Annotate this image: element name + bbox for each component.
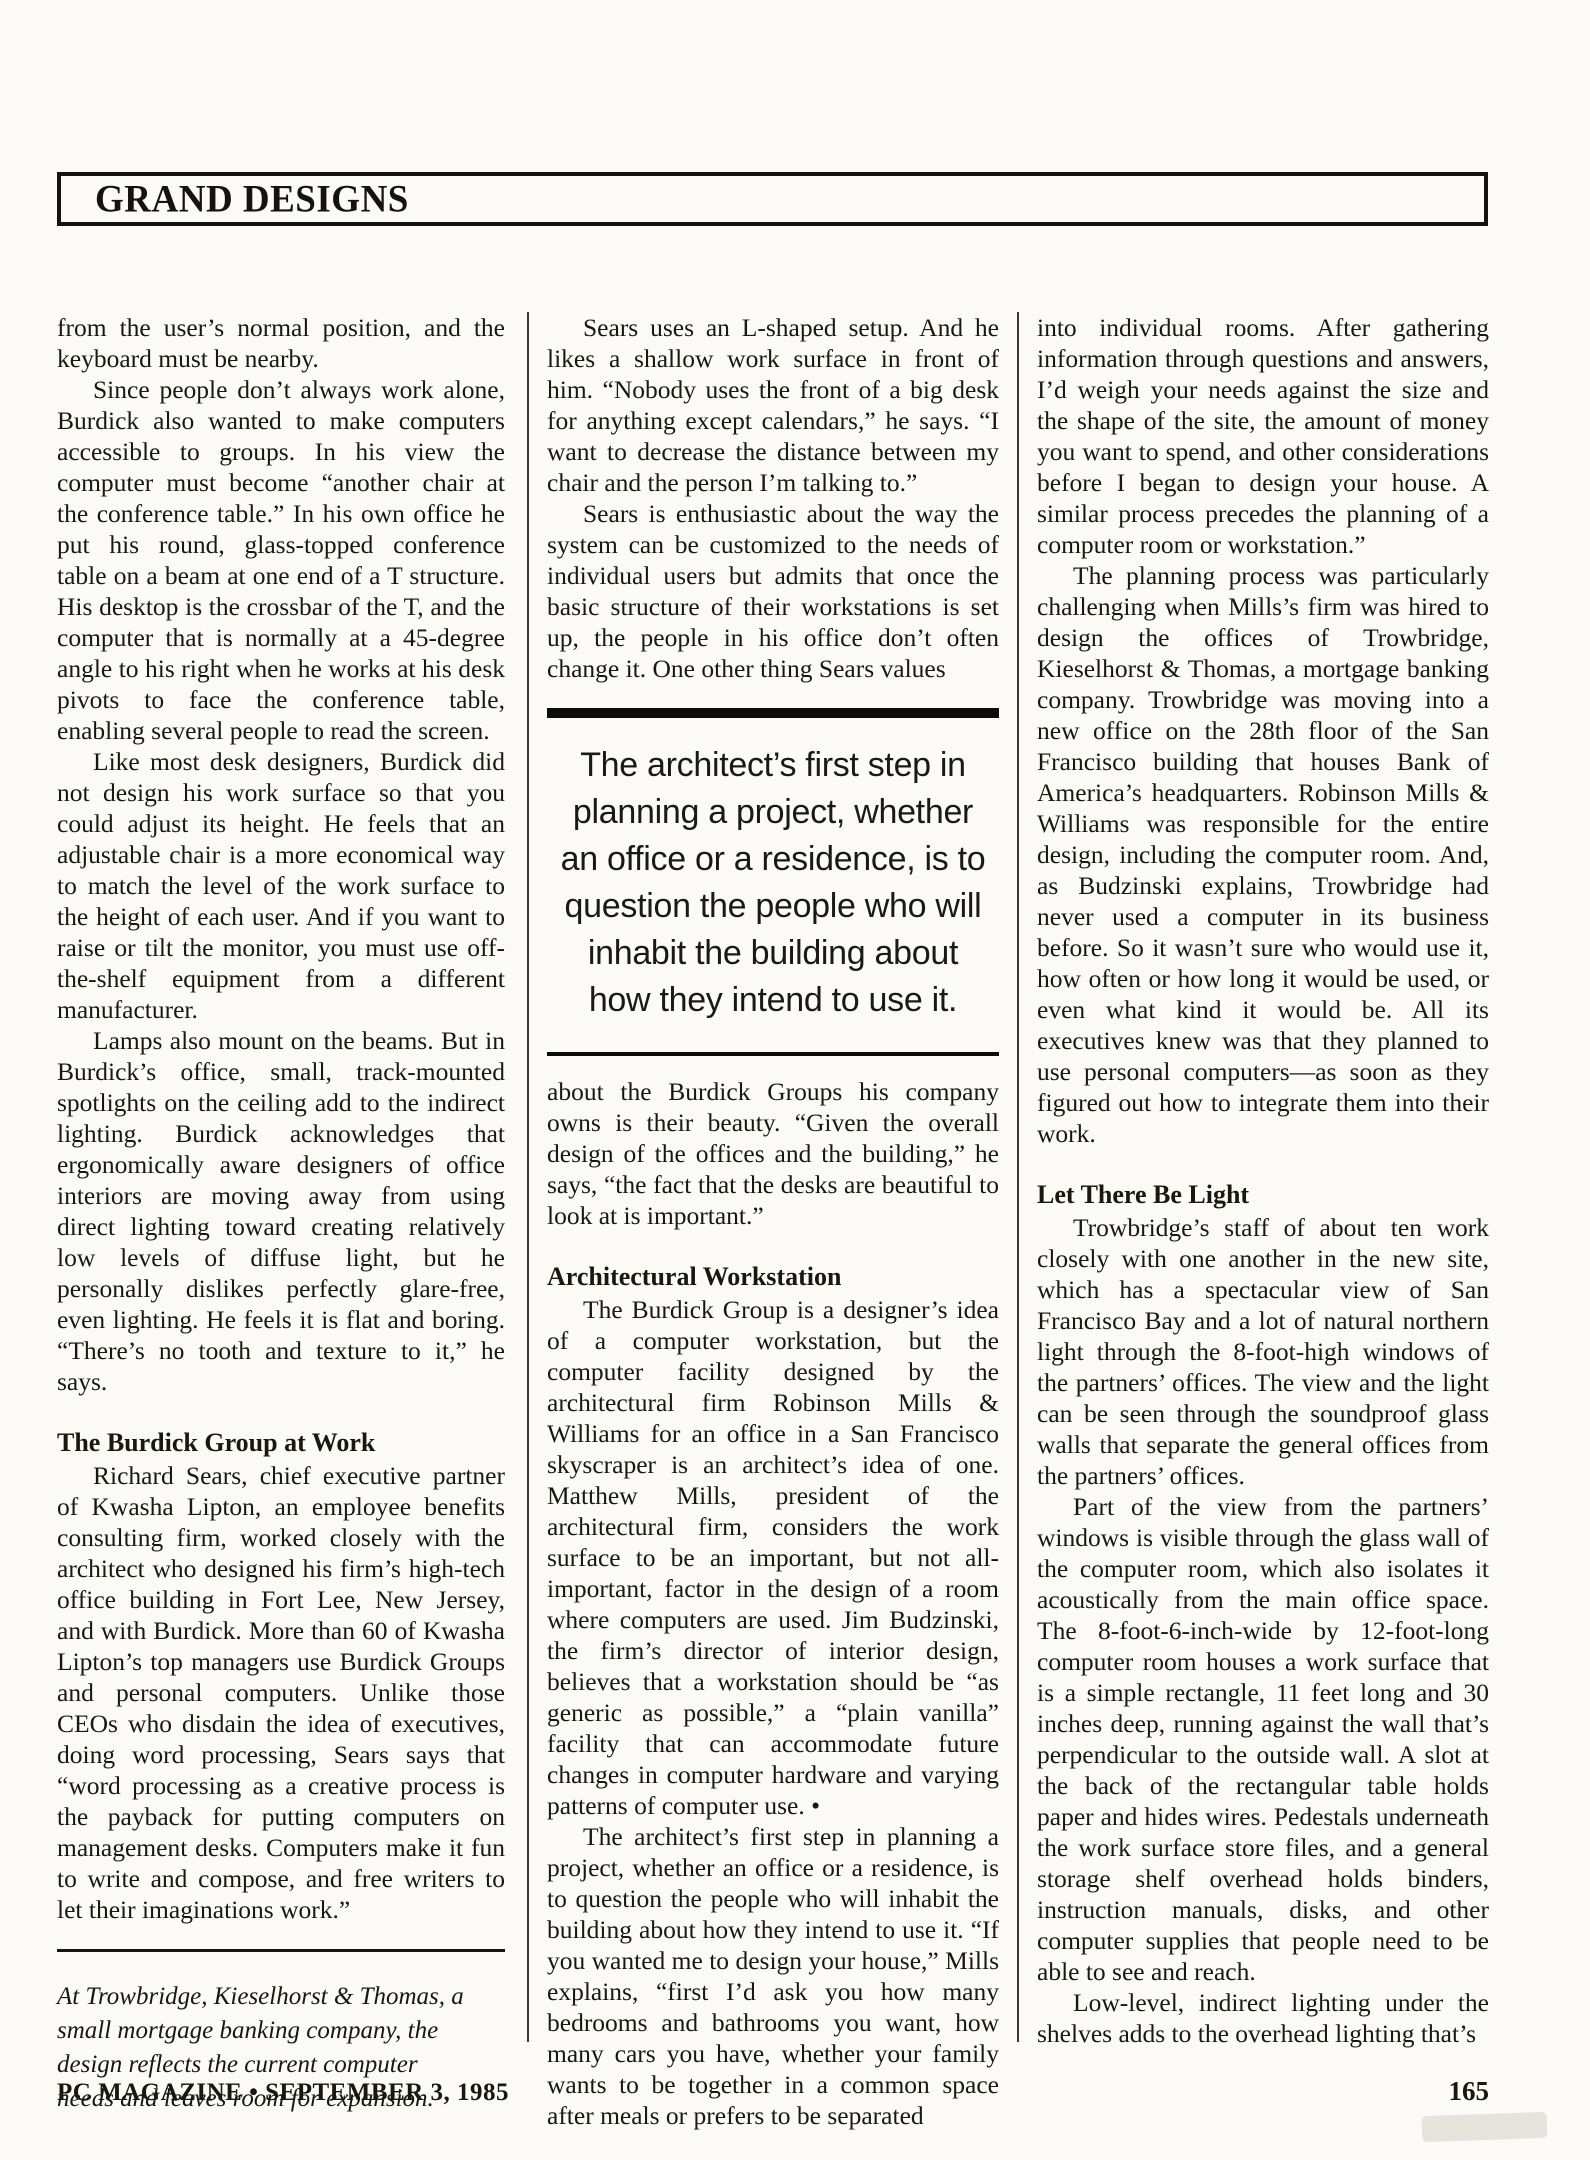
section-title: GRAND DESIGNS xyxy=(61,176,409,222)
column-divider xyxy=(1017,312,1019,2042)
pull-quote: The architect’s first step in planning a… xyxy=(547,708,999,1056)
paragraph: Lamps also mount on the beams. But in Bu… xyxy=(57,1025,505,1397)
paragraph: from the user’s normal position, and the… xyxy=(57,312,505,374)
page-number: 165 xyxy=(1449,2076,1490,2107)
paragraph: The Burdick Group is a designer’s idea o… xyxy=(547,1294,999,1821)
paragraph: Trowbridge’s staff of about ten work clo… xyxy=(1037,1212,1489,1491)
paragraph: Sears uses an L-shaped setup. And he lik… xyxy=(547,312,999,498)
footer-magazine-date: PC MAGAZINE • SEPTEMBER 3, 1985 xyxy=(57,2079,509,2107)
paragraph: into individual rooms. After gathering i… xyxy=(1037,312,1489,560)
section-heading: Architectural Workstation xyxy=(547,1261,999,1292)
paragraph: Part of the view from the partners’ wind… xyxy=(1037,1491,1489,1987)
paragraph: Sears is enthusiastic about the way the … xyxy=(547,498,999,684)
column-1: from the user’s normal position, and the… xyxy=(57,312,505,2116)
paragraph: Low-level, indirect lighting under the s… xyxy=(1037,1987,1489,2049)
column-3: into individual rooms. After gathering i… xyxy=(1037,312,1489,2049)
paragraph: Richard Sears, chief executive partner o… xyxy=(57,1460,505,1925)
page-footer: PC MAGAZINE • SEPTEMBER 3, 1985 165 xyxy=(57,2076,1489,2107)
paragraph: Since people don’t always work alone, Bu… xyxy=(57,374,505,746)
column-divider xyxy=(527,312,529,2042)
paragraph: The planning process was particularly ch… xyxy=(1037,560,1489,1149)
paragraph: Like most desk designers, Burdick did no… xyxy=(57,746,505,1025)
paragraph: about the Burdick Groups his company own… xyxy=(547,1076,999,1231)
section-heading: Let There Be Light xyxy=(1037,1179,1489,1210)
section-banner: GRAND DESIGNS xyxy=(57,172,1488,226)
section-heading: The Burdick Group at Work xyxy=(57,1427,505,1458)
pull-quote-text: The architect’s first step in planning a… xyxy=(547,742,999,1024)
column-2: Sears uses an L-shaped setup. And he lik… xyxy=(547,312,999,2131)
scan-smudge xyxy=(1422,2112,1548,2142)
magazine-page: GRAND DESIGNS from the user’s normal pos… xyxy=(0,0,1590,2160)
caption-rule xyxy=(57,1949,505,1952)
